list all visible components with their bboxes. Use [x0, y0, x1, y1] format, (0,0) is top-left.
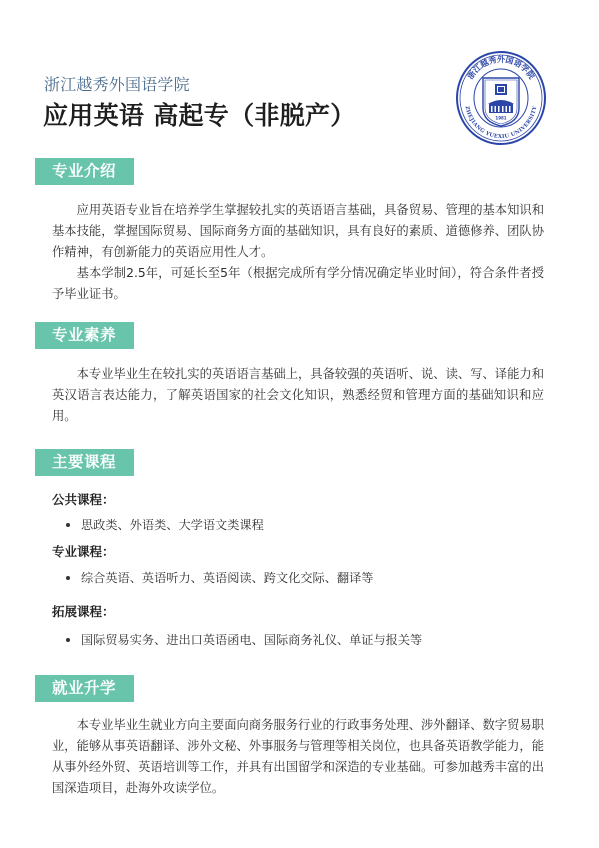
- bullet-icon: [66, 576, 70, 580]
- competencies-body: 本专业毕业生在较扎实的英语语言基础上，具备较强的英语听、说、读、写、译能力和英汉…: [52, 364, 544, 427]
- course-list-item: 综合英语、英语听力、英语阅读、跨文化交际、翻译等: [66, 569, 374, 587]
- course-group-heading-major: 专业课程：: [52, 543, 115, 561]
- section-header-introduction: 专业介绍: [35, 158, 134, 185]
- course-list-item-text: 国际贸易实务、进出口英语函电、国际商务礼仪、单证与报关等: [81, 631, 422, 649]
- svg-text:1981: 1981: [495, 116, 506, 121]
- career-paragraph: 本专业毕业生就业方向主要面向商务服务行业的行政事务处理、涉外翻译、数字贸易职业，…: [52, 715, 544, 799]
- university-seal-icon: 浙江越秀外国语学院 ZHEJIANG YUEXIU UNIVERSITY 198…: [455, 50, 547, 146]
- course-group-heading-public: 公共课程：: [52, 491, 115, 509]
- program-title: 应用英语 高起专（非脱产）: [43, 100, 356, 132]
- career-body: 本专业毕业生就业方向主要面向商务服务行业的行政事务处理、涉外翻译、数字贸易职业，…: [52, 715, 544, 799]
- section-header-competencies: 专业素养: [35, 322, 134, 349]
- course-list-item-text: 思政类、外语类、大学语文类课程: [81, 516, 264, 534]
- school-name: 浙江越秀外国语学院: [44, 75, 190, 95]
- course-group-heading-extension: 拓展课程：: [52, 603, 115, 621]
- course-list-item: 思政类、外语类、大学语文类课程: [66, 516, 264, 534]
- bullet-icon: [66, 638, 70, 642]
- course-list-item-text: 综合英语、英语听力、英语阅读、跨文化交际、翻译等: [81, 569, 374, 587]
- competencies-paragraph: 本专业毕业生在较扎实的英语语言基础上，具备较强的英语听、说、读、写、译能力和英汉…: [52, 364, 544, 427]
- bullet-icon: [66, 523, 70, 527]
- introduction-paragraph: 应用英语专业旨在培养学生掌握较扎实的英语语言基础，具备贸易、管理的基本知识和基本…: [52, 200, 544, 263]
- section-header-career: 就业升学: [35, 675, 134, 702]
- section-header-courses: 主要课程: [35, 449, 134, 476]
- introduction-body: 应用英语专业旨在培养学生掌握较扎实的英语语言基础，具备贸易、管理的基本知识和基本…: [52, 200, 544, 305]
- course-list-item: 国际贸易实务、进出口英语函电、国际商务礼仪、单证与报关等: [66, 631, 422, 649]
- introduction-paragraph: 基本学制2.5年，可延长至5年（根据完成所有学分情况确定毕业时间），符合条件者授…: [52, 263, 544, 305]
